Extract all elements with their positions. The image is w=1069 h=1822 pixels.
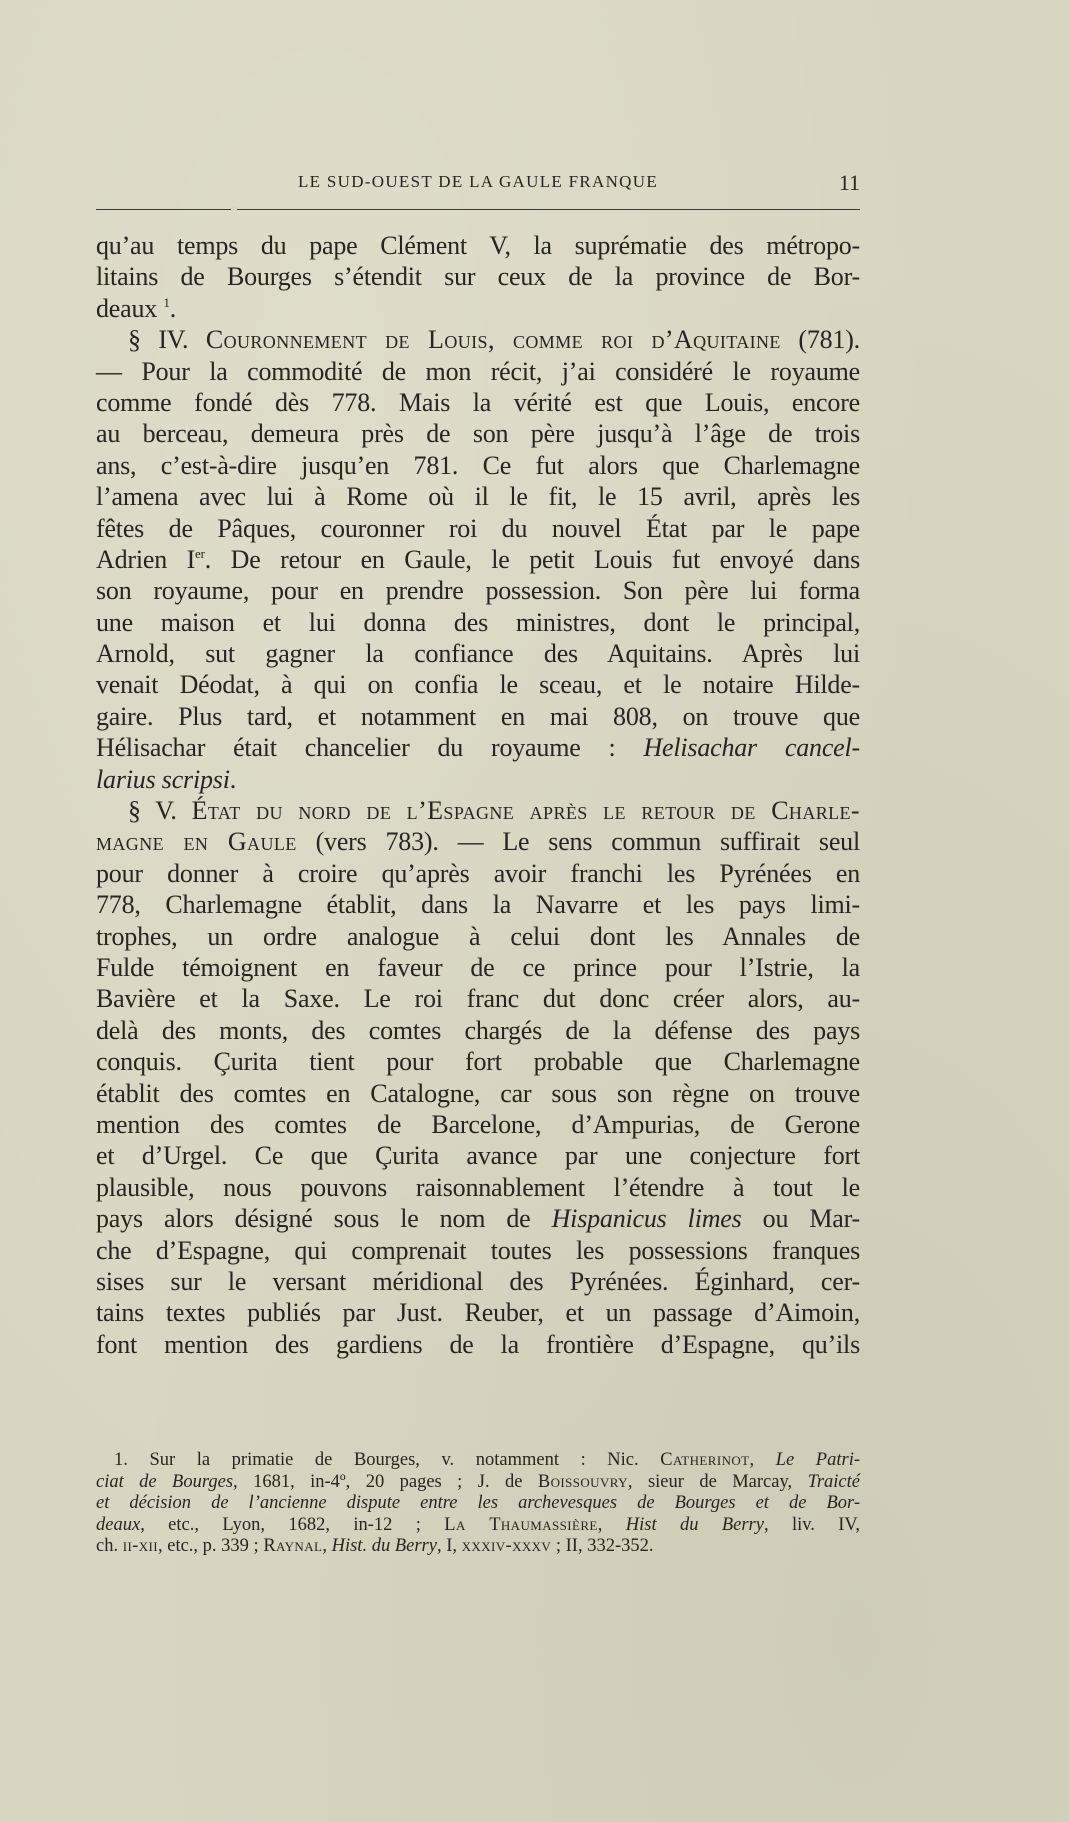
text-run: tains textes publiés par Just. Reuber, e… bbox=[96, 1298, 860, 1327]
body-line: larius scripsi. bbox=[96, 764, 860, 795]
running-title: LE SUD-OUEST DE LA GAULE FRANQUE bbox=[96, 172, 860, 192]
small-caps-text: xxxiv-xxxv bbox=[462, 1536, 552, 1556]
text-run: mention des comtes de Barcelone, d’Ampur… bbox=[96, 1110, 860, 1139]
footnote-line: ch. ii-xii, etc., p. 339 ; Raynal, Hist.… bbox=[96, 1536, 860, 1558]
text-run: ; II, 332-352. bbox=[551, 1536, 653, 1556]
text-run: 1. Sur la primatie de Bourges, v. notamm… bbox=[114, 1450, 660, 1470]
text-run: delà des monts, des comtes chargés de la… bbox=[96, 1016, 860, 1045]
text-run: venait Déodat, à qui on confia le sceau,… bbox=[96, 670, 860, 699]
body-line: pays alors désigné sous le nom de Hispan… bbox=[96, 1203, 860, 1234]
text-run: au berceau, demeura près de son père jus… bbox=[96, 419, 860, 448]
small-caps-text: Raynal bbox=[263, 1536, 322, 1556]
text-run: , bbox=[598, 1515, 626, 1535]
text-run: . De retour en Gaule, le petit Louis fut… bbox=[205, 545, 860, 574]
text-run: ou Mar- bbox=[742, 1204, 860, 1233]
text-run: Hélisachar était chancelier du royaume : bbox=[96, 733, 643, 762]
body-line: pour donner à croire qu’après avoir fran… bbox=[96, 858, 860, 889]
text-run: § IV. bbox=[128, 325, 206, 354]
text-run: ans, c’est-à-dire jusqu’en 781. Ce fut a… bbox=[96, 451, 860, 480]
text-run: , bbox=[750, 1450, 776, 1470]
body-line: au berceau, demeura près de son père jus… bbox=[96, 418, 860, 449]
text-run: et d’Urgel. Ce que Çurita avance par une… bbox=[96, 1141, 860, 1170]
italic-text: ciat de Bourges bbox=[96, 1472, 233, 1492]
body-line: font mention des gardiens de la frontièr… bbox=[96, 1329, 860, 1360]
text-run: gaire. Plus tard, et notamment en mai 80… bbox=[96, 702, 860, 731]
text-run: Bavière et la Saxe. Le roi franc dut don… bbox=[96, 984, 860, 1013]
body-line: plausible, nous pouvons raisonnablement … bbox=[96, 1172, 860, 1203]
body-line: — Pour la commodité de mon récit, j’ai c… bbox=[96, 356, 860, 387]
body-line: gaire. Plus tard, et notamment en mai 80… bbox=[96, 701, 860, 732]
text-run: comme fondé dès 778. Mais la vérité est … bbox=[96, 388, 860, 417]
text-run: établit des comtes en Catalogne, car sou… bbox=[96, 1079, 860, 1108]
italic-text: Hist du Berry bbox=[626, 1515, 764, 1535]
body-line: l’amena avec lui à Rome où il le fit, le… bbox=[96, 481, 860, 512]
text-run: font mention des gardiens de la frontièr… bbox=[96, 1330, 860, 1359]
body-line: établit des comtes en Catalogne, car sou… bbox=[96, 1078, 860, 1109]
body-line: che d’Espagne, qui comprenait toutes les… bbox=[96, 1235, 860, 1266]
body-line: et d’Urgel. Ce que Çurita avance par une… bbox=[96, 1140, 860, 1171]
body-line: 778, Charlemagne établit, dans la Navarr… bbox=[96, 889, 860, 920]
italic-text: Helisachar cancel- bbox=[643, 733, 860, 762]
text-run: Arnold, sut gagner la confiance des Aqui… bbox=[96, 639, 860, 668]
text-run: . bbox=[170, 294, 176, 323]
text-run: ch. bbox=[96, 1536, 123, 1556]
text-run: , sieur de Marcay, bbox=[628, 1472, 808, 1492]
body-line: delà des monts, des comtes chargés de la… bbox=[96, 1015, 860, 1046]
body-line: conquis. Çurita tient pour fort probable… bbox=[96, 1046, 860, 1077]
body-line: Bavière et la Saxe. Le roi franc dut don… bbox=[96, 983, 860, 1014]
body-line: trophes, un ordre analogue à celui dont … bbox=[96, 921, 860, 952]
text-run: , 1681, in-4º, 20 pages ; J. de bbox=[233, 1472, 538, 1492]
footnote-line: et décision de l’ancienne dispute entre … bbox=[96, 1493, 860, 1515]
body-line: comme fondé dès 778. Mais la vérité est … bbox=[96, 387, 860, 418]
small-caps-text: Boissouvry bbox=[538, 1472, 628, 1492]
text-run: , I, bbox=[437, 1536, 462, 1556]
body-line: § IV. Couronnement de Louis, comme roi d… bbox=[96, 324, 860, 355]
header-rule bbox=[96, 209, 860, 210]
body-line: ans, c’est-à-dire jusqu’en 781. Ce fut a… bbox=[96, 450, 860, 481]
text-run: , bbox=[322, 1536, 331, 1556]
text-run: . bbox=[230, 765, 236, 794]
text-run: , liv. IV, bbox=[764, 1515, 860, 1535]
body-line: venait Déodat, à qui on confia le sceau,… bbox=[96, 669, 860, 700]
body-line: tains textes publiés par Just. Reuber, e… bbox=[96, 1297, 860, 1328]
body-line: Hélisachar était chancelier du royaume :… bbox=[96, 732, 860, 763]
footnotes: 1. Sur la primatie de Bourges, v. notamm… bbox=[96, 1450, 860, 1558]
text-run: sises sur le versant méridional des Pyré… bbox=[96, 1267, 860, 1296]
text-run: che d’Espagne, qui comprenait toutes les… bbox=[96, 1236, 860, 1265]
small-caps-text: Couronnement de Louis, comme roi d’Aquit… bbox=[206, 325, 781, 354]
body-text: qu’au temps du pape Clément V, la suprém… bbox=[96, 230, 860, 1360]
text-run: — Pour la commodité de mon récit, j’ai c… bbox=[96, 357, 860, 386]
superscript: er bbox=[195, 546, 205, 561]
small-caps-text: Catherinot bbox=[660, 1450, 749, 1470]
text-run: (781). bbox=[781, 325, 860, 354]
text-run: deaux bbox=[96, 294, 163, 323]
italic-text: et décision de l’ancienne dispute entre … bbox=[96, 1493, 860, 1513]
footnote-line: 1. Sur la primatie de Bourges, v. notamm… bbox=[96, 1450, 860, 1472]
text-run: Fulde témoignent en faveur de ce prince … bbox=[96, 953, 860, 982]
text-run: Adrien I bbox=[96, 545, 195, 574]
italic-text: deaux bbox=[96, 1515, 140, 1535]
text-run: fêtes de Pâques, couronner roi du nouvel… bbox=[96, 514, 860, 543]
text-run: § V. bbox=[128, 796, 192, 825]
small-caps-text: État du nord de l’Espagne après le retou… bbox=[192, 796, 860, 825]
body-line: fêtes de Pâques, couronner roi du nouvel… bbox=[96, 513, 860, 544]
italic-text: Hispanicus limes bbox=[552, 1204, 742, 1233]
text-run: , etc., p. 339 ; bbox=[158, 1536, 263, 1556]
text-run: conquis. Çurita tient pour fort probable… bbox=[96, 1047, 860, 1076]
text-run: pour donner à croire qu’après avoir fran… bbox=[96, 859, 860, 888]
italic-text: Traicté bbox=[808, 1472, 860, 1492]
small-caps-text: magne en Gaule bbox=[96, 827, 297, 856]
footnote-line: deaux, etc., Lyon, 1682, in-12 ; La Thau… bbox=[96, 1515, 860, 1537]
body-line: Fulde témoignent en faveur de ce prince … bbox=[96, 952, 860, 983]
body-line: Arnold, sut gagner la confiance des Aqui… bbox=[96, 638, 860, 669]
page-number: 11 bbox=[839, 170, 860, 196]
italic-text: larius scripsi bbox=[96, 765, 230, 794]
text-run: plausible, nous pouvons raisonnablement … bbox=[96, 1173, 860, 1202]
text-run: litains de Bourges s’étendit sur ceux de… bbox=[96, 262, 860, 291]
body-line: litains de Bourges s’étendit sur ceux de… bbox=[96, 261, 860, 292]
text-run: son royaume, pour en prendre possession.… bbox=[96, 576, 860, 605]
small-caps-text: ii-xii bbox=[123, 1536, 158, 1556]
body-line: son royaume, pour en prendre possession.… bbox=[96, 575, 860, 606]
text-run: 778, Charlemagne établit, dans la Navarr… bbox=[96, 890, 860, 919]
text-run: , etc., Lyon, 1682, in-12 ; bbox=[140, 1515, 444, 1535]
body-line: sises sur le versant méridional des Pyré… bbox=[96, 1266, 860, 1297]
body-line: une maison et lui donna des ministres, d… bbox=[96, 607, 860, 638]
text-run: trophes, un ordre analogue à celui dont … bbox=[96, 922, 860, 951]
body-line: § V. État du nord de l’Espagne après le … bbox=[96, 795, 860, 826]
text-run: pays alors désigné sous le nom de bbox=[96, 1204, 552, 1233]
text-run: l’amena avec lui à Rome où il le fit, le… bbox=[96, 482, 860, 511]
italic-text: Hist. du Berry bbox=[332, 1536, 437, 1556]
text-run: une maison et lui donna des ministres, d… bbox=[96, 608, 860, 637]
book-page: LE SUD-OUEST DE LA GAULE FRANQUE 11 qu’a… bbox=[0, 0, 1069, 1822]
body-line: mention des comtes de Barcelone, d’Ampur… bbox=[96, 1109, 860, 1140]
small-caps-text: La Thaumassière bbox=[444, 1515, 597, 1535]
italic-text: Le Patri- bbox=[776, 1450, 860, 1470]
body-line: deaux 1. bbox=[96, 293, 860, 324]
body-line: magne en Gaule (vers 783). — Le sens com… bbox=[96, 826, 860, 857]
text-run: (vers 783). — Le sens commun suffirait s… bbox=[297, 827, 860, 856]
body-line: qu’au temps du pape Clément V, la suprém… bbox=[96, 230, 860, 261]
text-run: qu’au temps du pape Clément V, la suprém… bbox=[96, 231, 860, 260]
body-line: Adrien Ier. De retour en Gaule, le petit… bbox=[96, 544, 860, 575]
running-head: LE SUD-OUEST DE LA GAULE FRANQUE 11 bbox=[96, 170, 860, 200]
footnote-line: ciat de Bourges, 1681, in-4º, 20 pages ;… bbox=[96, 1472, 860, 1494]
